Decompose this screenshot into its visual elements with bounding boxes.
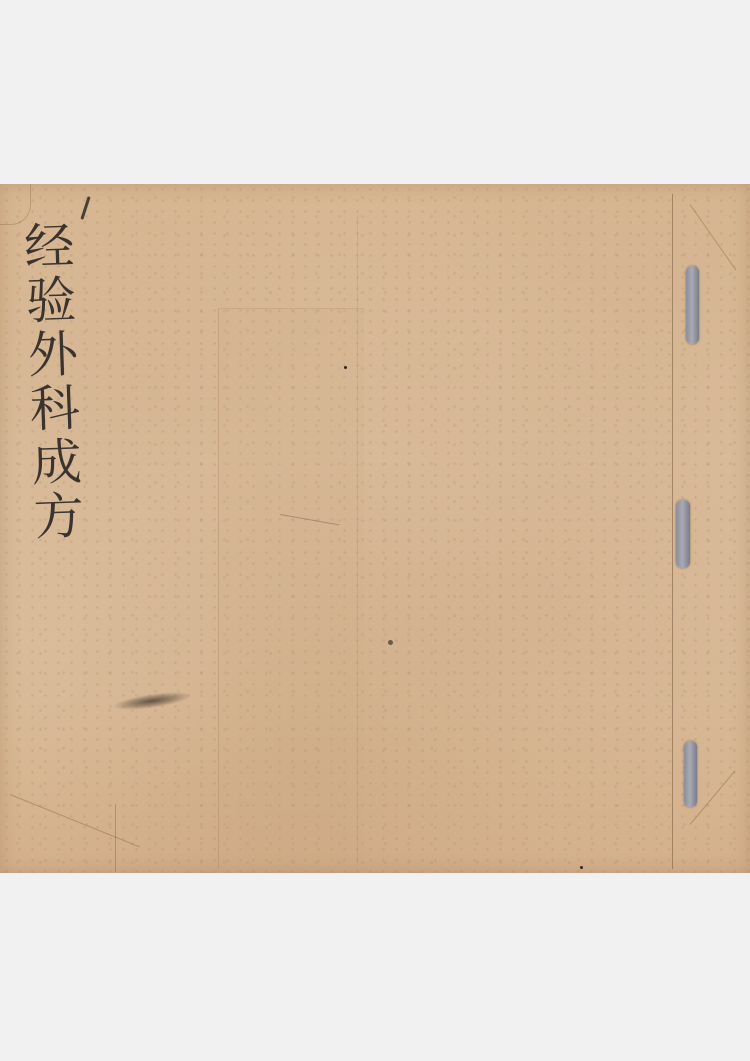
faded-label-area: [218, 308, 364, 869]
binding-staple-middle: [676, 500, 690, 568]
cover-title: 经验外科成方: [8, 219, 83, 545]
binding-staple-top: [686, 266, 699, 344]
binding-fold-line: [672, 194, 673, 869]
binding-staple-bottom: [684, 741, 697, 807]
paper-texture: [0, 184, 750, 873]
paper-crease: [115, 804, 116, 872]
ink-spot: [580, 866, 583, 869]
stain-spot: [388, 640, 393, 645]
fold-crease: [357, 214, 358, 864]
ink-spot: [344, 366, 347, 369]
book-cover-page: 经验外科成方: [0, 184, 750, 873]
